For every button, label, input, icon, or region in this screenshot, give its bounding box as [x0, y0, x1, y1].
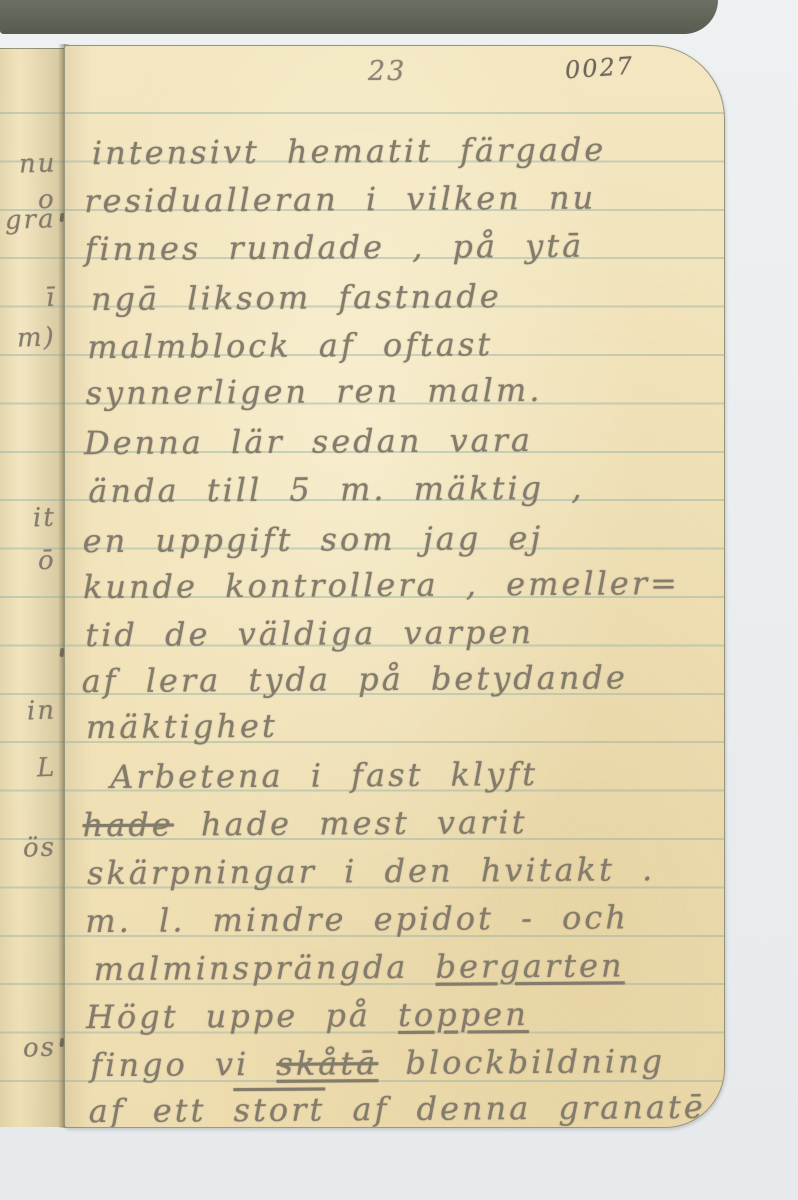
handwritten-text: en uppgift som jag ej [83, 519, 544, 560]
handwritten-text: af lera tyda på betydande [82, 658, 628, 700]
handwriting-line: Denna lär sedan vara [84, 418, 533, 465]
handwritten-text: malminsprängda [94, 948, 436, 988]
handwritten-text: tid de väldiga varpen [85, 613, 534, 654]
margin-text-fragment: nu [18, 148, 57, 179]
ruled-lines-left [0, 112, 64, 1122]
margin-text-fragment: in [26, 696, 56, 727]
margin-text-fragment: ös [22, 832, 56, 863]
handwritten-text: skärpningar i den hvitakt . [87, 850, 655, 892]
handwritten-text: Högt uppe på [86, 996, 398, 1036]
handwriting-line: residualleran i vilken nu [84, 176, 596, 224]
handwriting-line: kunde kontrollera , emeller= [83, 561, 680, 609]
handwriting-line: af ett stort af denna granatē [89, 1085, 706, 1128]
handwritten-text: fingo vi [90, 1045, 276, 1084]
handwriting-line: af lera tyda på betydande [81, 655, 627, 703]
margin-text-fragment: os [22, 1032, 56, 1063]
handwritten-text: stort [233, 1090, 325, 1128]
struck-word: skåtā [276, 1044, 378, 1083]
handwriting-line: intensivt hematit färgade [92, 128, 607, 176]
handwritten-text: intensivt hematit färgade [92, 131, 607, 173]
handwritten-text: af ett [89, 1091, 234, 1128]
handwriting-layer: intensivt hematit färgaderesidualleran i… [64, 45, 725, 1128]
handwriting-line: tid de väldiga varpen [85, 610, 534, 657]
handwriting-line: mäktighet [86, 704, 278, 749]
handwritten-text: mäktighet [86, 707, 278, 746]
handwritten-text: af denna granatē [325, 1088, 706, 1128]
handwritten-text: synnerligen ren malm. [86, 371, 543, 412]
handwriting-line: hade hade mest varit [83, 800, 528, 847]
handwritten-text: ända till 5 m. mäktig , [88, 469, 584, 510]
handwriting-line: malmblock af oftast [87, 322, 493, 369]
underlined-word: bergarten [435, 946, 624, 985]
handwriting-line: en uppgift som jag ej [83, 516, 544, 563]
handwritten-text: kunde kontrollera , emeller= [83, 564, 680, 606]
margin-text-fragment: gra [5, 204, 57, 236]
handwriting-line: malminsprängda bergarten [94, 943, 625, 991]
handwritten-text: blockbildning [378, 1042, 665, 1082]
handwriting-line: ända till 5 m. mäktig , [88, 466, 584, 513]
handwriting-line: finnes rundade , på ytā [84, 224, 584, 271]
notebook-page: 23 0027 intensivt hematit färgaderesidua… [64, 45, 725, 1128]
handwritten-text: ngā liksom fastnade [91, 277, 502, 318]
margin-text-fragment: it [33, 503, 57, 534]
notebook-cover-edge [0, 0, 718, 34]
handwriting-line: synnerligen ren malm. [85, 368, 542, 415]
notebook-scan: nuograīm)itōinLösos 23 0027 intensivt he… [0, 0, 798, 1200]
margin-text-fragment: m) [17, 322, 57, 353]
handwriting-line: m. l. mindre epidot - och [85, 895, 629, 943]
handwritten-text: Arbetena i fast klyft [110, 755, 538, 796]
underlined-word: toppen [398, 995, 529, 1034]
margin-text-fragment: ō [38, 546, 57, 577]
handwriting-line: Högt uppe på toppen [86, 992, 529, 1039]
handwriting-line: ngā liksom fastnade [91, 274, 502, 321]
margin-text-fragment: ī [45, 283, 56, 313]
handwritten-text: m. l. mindre epidot - och [85, 898, 629, 940]
previous-page-edge: nuograīm)itōinLösos [0, 48, 64, 1127]
struck-word: hade [83, 806, 174, 845]
handwritten-text: finnes rundade , på ytā [85, 227, 585, 268]
handwritten-text: hade mest varit [174, 803, 528, 843]
handwritten-text: malmblock af oftast [87, 325, 493, 366]
handwritten-text: Denna lär sedan vara [84, 421, 533, 462]
handwriting-line: Arbetena i fast klyft [110, 752, 538, 799]
handwriting-line: skärpningar i den hvitakt . [87, 847, 656, 895]
handwriting-line: fingo vi skåtā blockbildning [90, 1039, 665, 1087]
handwritten-text: residualleran i vilken nu [84, 179, 596, 221]
margin-text-fragment: L [36, 753, 56, 784]
